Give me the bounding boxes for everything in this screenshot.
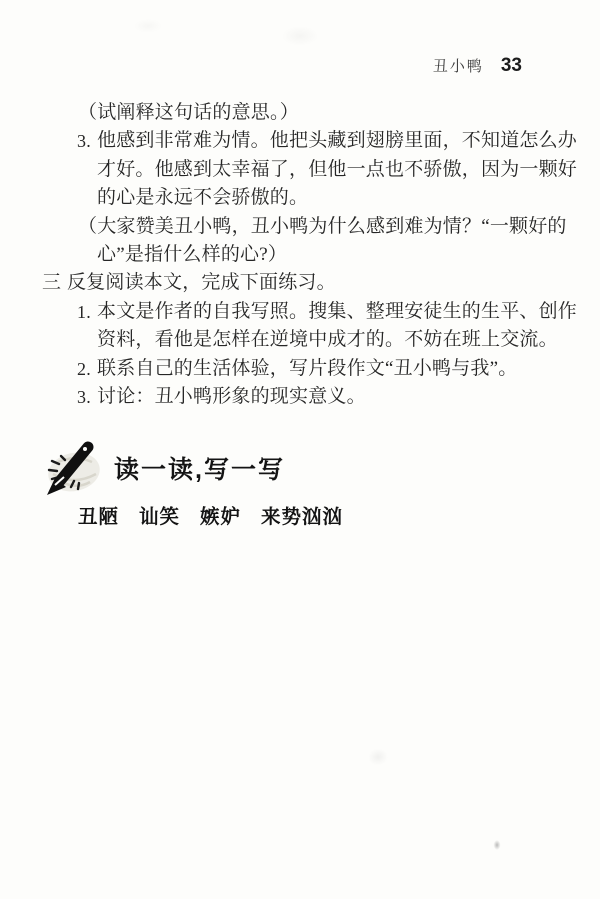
textbook-page: 丑小鸭 33 （试阐释这句话的意思。） 3. 他感到非常难为情。他把头藏到翅膀里… xyxy=(0,0,600,899)
exercise-item-line: 3. 他感到非常难为情。他把头藏到翅膀里面，不知道怎么办 xyxy=(0,127,600,155)
section-number: 三 xyxy=(42,269,67,297)
exercise-section-line: 三 反复阅读本文，完成下面练习。 xyxy=(0,269,600,297)
vocabulary-list: 丑陋 讪笑 嫉妒 来势汹汹 xyxy=(78,501,343,529)
vocab-word: 丑陋 xyxy=(78,501,119,529)
vocab-word: 嫉妒 xyxy=(200,501,241,529)
exercise-continuation-line: 的心是永远不会骄傲的。 xyxy=(0,184,600,212)
exercise-continuation-line: 才好。他感到太幸福了，但他一点也不骄傲，因为一颗好 xyxy=(0,156,600,184)
exercise-note-line: 心”是指什么样的心?） xyxy=(0,241,600,269)
vocab-word: 来势汹汹 xyxy=(261,501,343,529)
exercise-note-line: （试阐释这句话的意思。） xyxy=(0,99,600,127)
exercise-item-line: 1. 本文是作者的自我写照。搜集、整理安徒生的生平、创作 xyxy=(0,298,600,326)
exercise-text-block: （试阐释这句话的意思。） 3. 他感到非常难为情。他把头藏到翅膀里面，不知道怎么… xyxy=(0,99,600,411)
running-header: 丑小鸭 33 xyxy=(0,55,522,77)
item-text: 才好。他感到太幸福了，但他一点也不骄傲，因为一颗好 xyxy=(97,159,577,180)
item-text: 他感到非常难为情。他把头藏到翅膀里面，不知道怎么办 xyxy=(97,127,577,155)
exercise-item-line: 2. 联系自己的生活体验，写片段作文“丑小鸭与我”。 xyxy=(0,355,600,383)
item-text: 讨论：丑小鸭形象的现实意义。 xyxy=(97,383,366,411)
item-number: 3. xyxy=(77,383,97,411)
note-text: 心”是指什么样的心?） xyxy=(97,244,287,265)
exercise-note-line: （大家赞美丑小鸭，丑小鸭为什么感到难为情？“一颗好的 xyxy=(0,213,600,241)
exercise-continuation-line: 资料，看他是怎样在逆境中成才的。不妨在班上交流。 xyxy=(0,326,600,354)
vocab-word: 讪笑 xyxy=(139,501,180,529)
item-number: 3. xyxy=(77,127,97,155)
item-number: 2. xyxy=(77,355,97,383)
item-text: 本文是作者的自我写照。搜集、整理安徒生的生平、创作 xyxy=(97,298,577,326)
read-write-title: 读一读,写一写 xyxy=(114,450,285,486)
item-number: 1. xyxy=(77,298,97,326)
lesson-title: 丑小鸭 xyxy=(433,55,484,76)
section-text: 反复阅读本文，完成下面练习。 xyxy=(67,269,336,297)
read-write-section-header: 读一读,写一写 xyxy=(44,436,285,498)
note-text: （试阐释这句话的意思。） xyxy=(78,102,299,123)
exercise-item-line: 3. 讨论：丑小鸭形象的现实意义。 xyxy=(0,383,600,411)
pencil-icon xyxy=(44,436,102,498)
page-number: 33 xyxy=(501,55,522,77)
note-text: （大家赞美丑小鸭，丑小鸭为什么感到难为情？“一颗好的 xyxy=(78,216,567,237)
item-text: 联系自己的生活体验，写片段作文“丑小鸭与我”。 xyxy=(97,355,517,383)
item-text: 资料，看他是怎样在逆境中成才的。不妨在班上交流。 xyxy=(97,329,558,350)
item-text: 的心是永远不会骄傲的。 xyxy=(97,187,308,208)
